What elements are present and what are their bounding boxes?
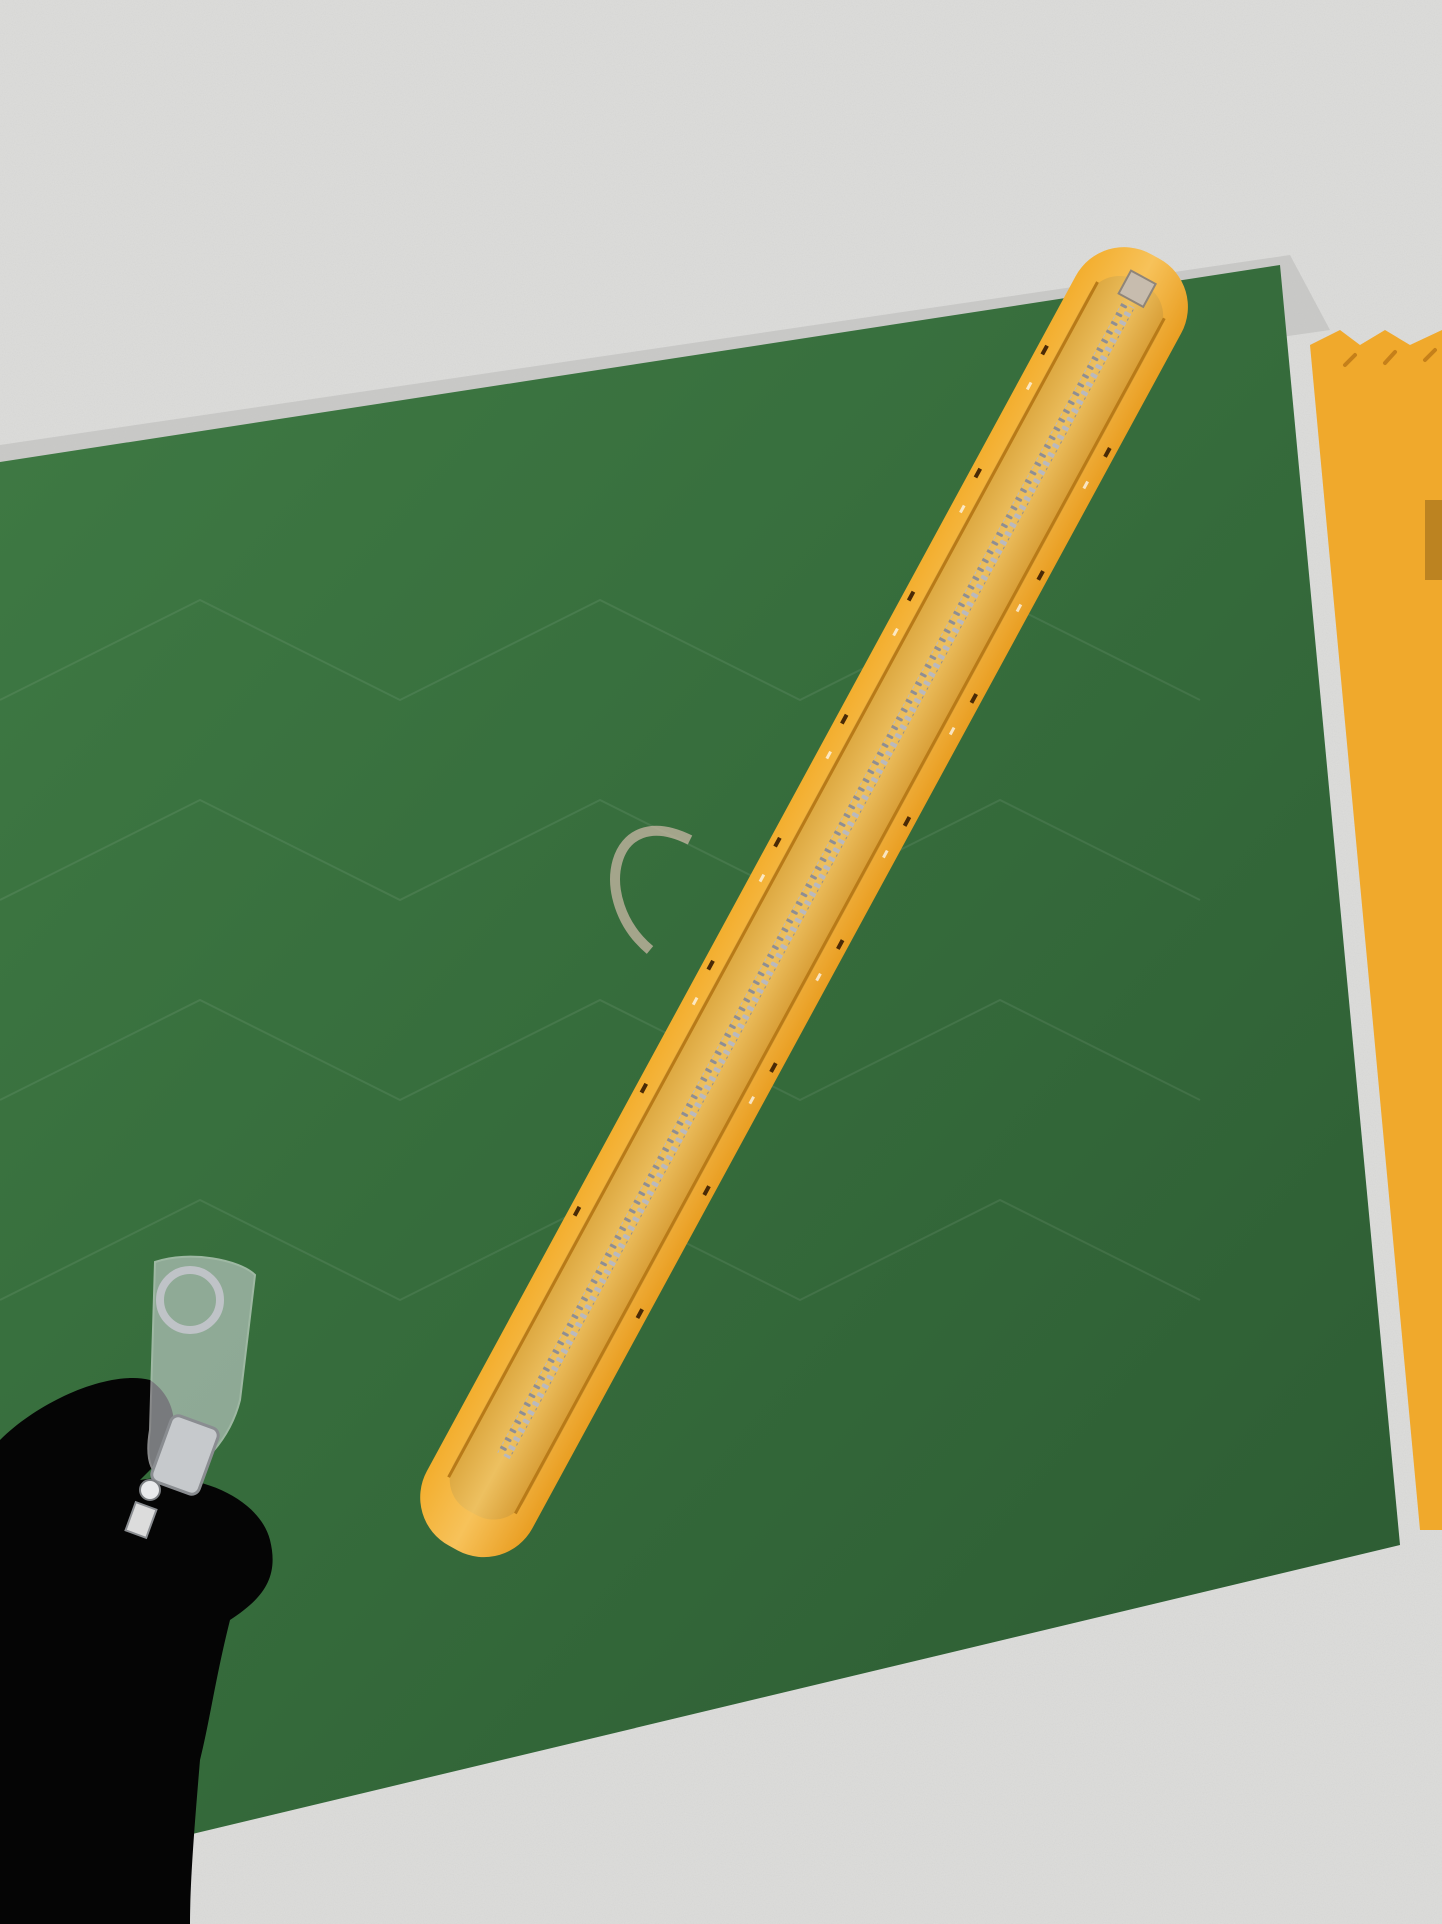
photo-scene <box>0 0 1442 1924</box>
photo-illustration <box>0 0 1442 1924</box>
